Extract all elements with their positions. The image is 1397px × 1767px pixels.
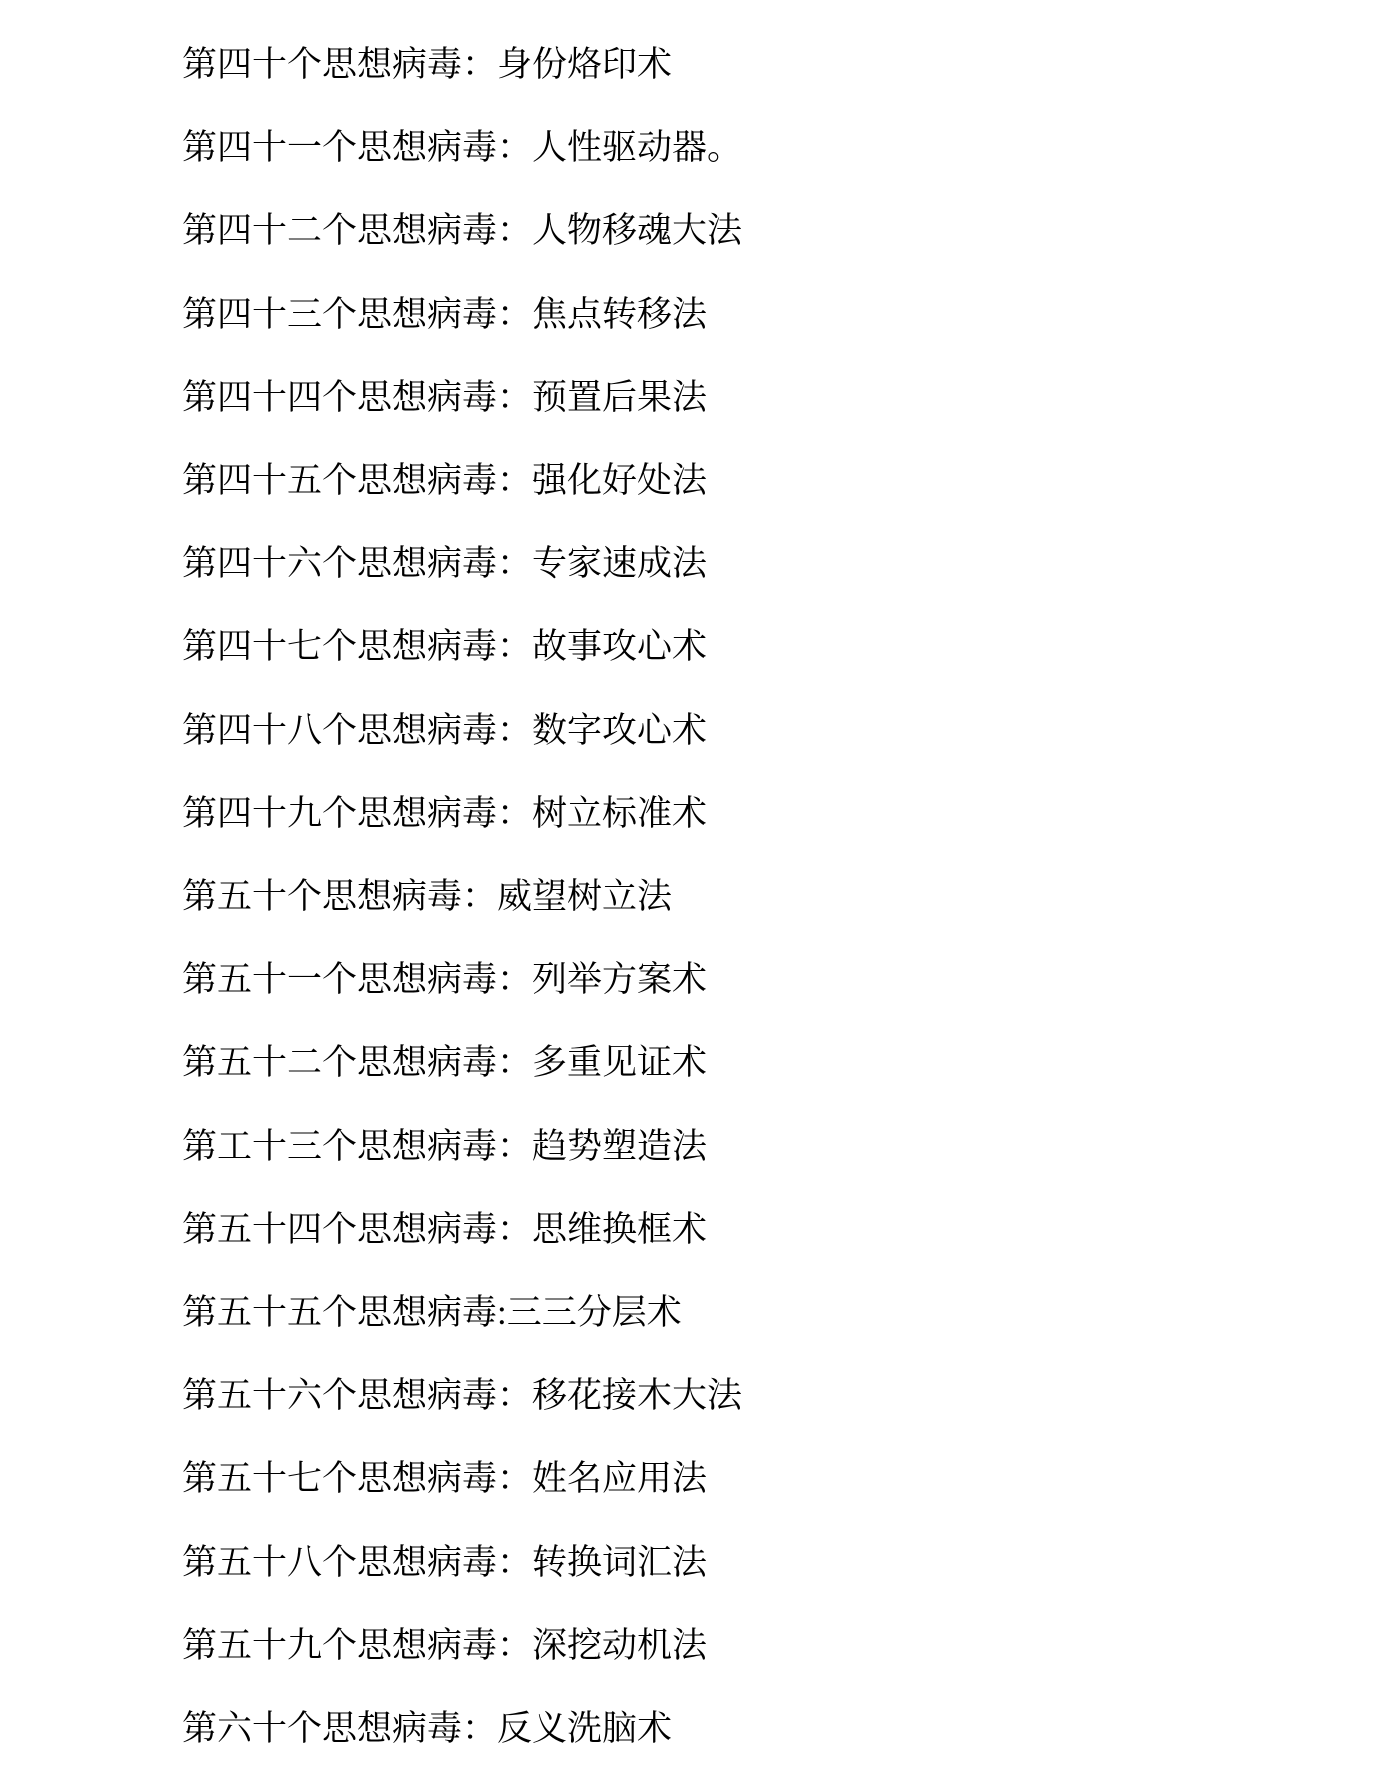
virus-list: 第四十个思想病毒：身份烙印术第四十一个思想病毒：人性驱动器。第四十二个思想病毒：… <box>182 23 1357 1767</box>
list-item: 第五十九个思想病毒：深挖动机法 <box>182 1604 1357 1687</box>
list-item: 第四十八个思想病毒：数字攻心术 <box>182 689 1357 772</box>
list-item: 第四十二个思想病毒：人物移魂大法 <box>182 189 1357 272</box>
list-item: 第五十一个思想病毒：列举方案术 <box>182 938 1357 1021</box>
list-item: 第四十个思想病毒：身份烙印术 <box>182 23 1357 106</box>
list-item: 第五十四个思想病毒：思维换框术 <box>182 1188 1357 1271</box>
list-item: 第四十七个思想病毒：故事攻心术 <box>182 605 1357 688</box>
list-item: 第四十六个思想病毒：专家速成法 <box>182 522 1357 605</box>
list-item: 第工十三个思想病毒：趋势塑造法 <box>182 1105 1357 1188</box>
list-item: 第四十四个思想病毒：预置后果法 <box>182 356 1357 439</box>
list-item: 第五十六个思想病毒：移花接木大法 <box>182 1354 1357 1437</box>
list-item: 第四十九个思想病毒：树立标准术 <box>182 772 1357 855</box>
list-item: 第四十五个思想病毒：强化好处法 <box>182 439 1357 522</box>
list-item: 第四十三个思想病毒：焦点转移法 <box>182 273 1357 356</box>
list-item: 第五十个思想病毒：威望树立法 <box>182 855 1357 938</box>
list-item: 第五十五个思想病毒:三三分层术 <box>182 1271 1357 1354</box>
list-item: 第五十八个思想病毒：转换词汇法 <box>182 1521 1357 1604</box>
list-item: 第四十一个思想病毒：人性驱动器。 <box>182 106 1357 189</box>
list-item: 第五十二个思想病毒：多重见证术 <box>182 1021 1357 1104</box>
document-page: 第四十个思想病毒：身份烙印术第四十一个思想病毒：人性驱动器。第四十二个思想病毒：… <box>0 0 1397 1767</box>
list-item: 第六十个思想病毒：反义洗脑术 <box>182 1687 1357 1767</box>
list-item: 第五十七个思想病毒：姓名应用法 <box>182 1437 1357 1520</box>
